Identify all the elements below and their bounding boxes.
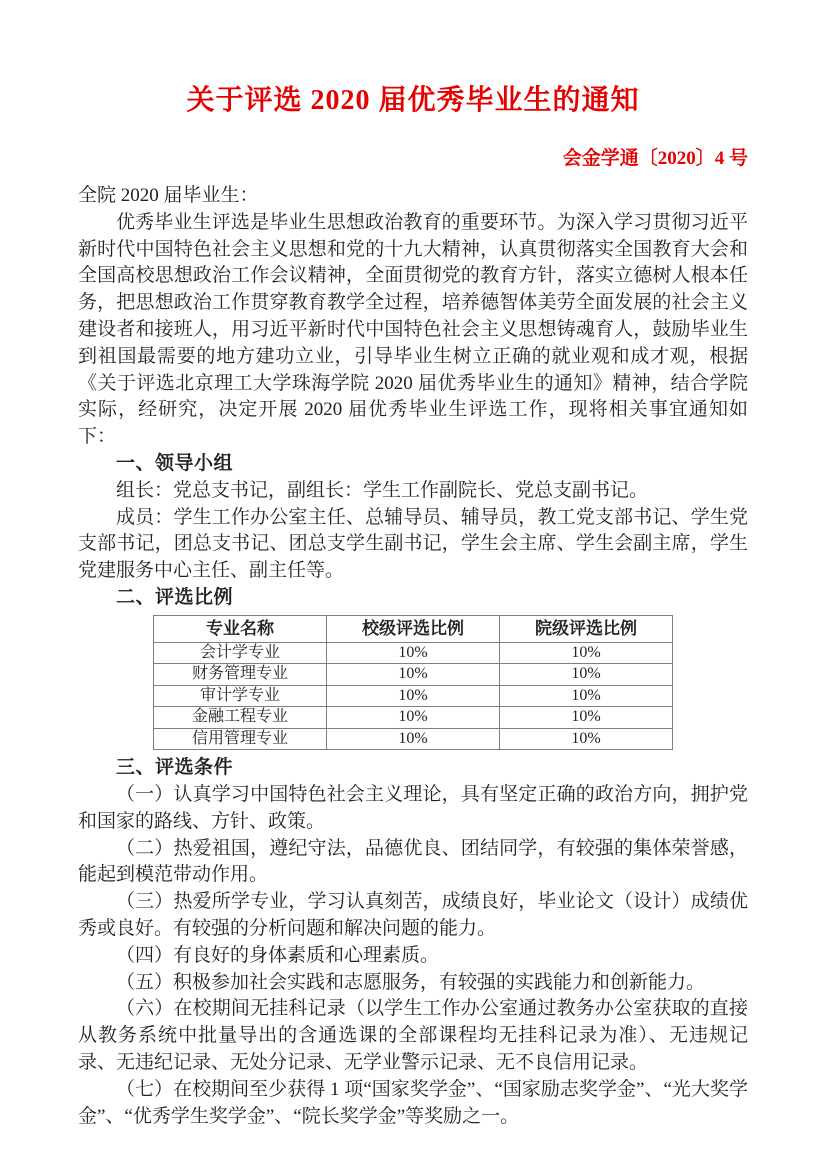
cell-school-ratio: 10% — [327, 664, 500, 686]
intro-paragraph: 优秀毕业生评选是毕业生思想政治教育的重要环节。为深入学习贯彻习近平新时代中国特色… — [78, 210, 748, 451]
document-number: 会金学通〔2020〕4 号 — [78, 147, 748, 171]
criteria-item-4: （四）有良好的身体素质和心理素质。 — [78, 943, 748, 970]
notice-document-page: 关于评选 2020 届优秀毕业生的通知 会金学通〔2020〕4 号 全院 202… — [0, 0, 827, 1169]
cell-college-ratio: 10% — [500, 664, 673, 686]
cell-college-ratio: 10% — [500, 642, 673, 664]
criteria-item-5: （五）积极参加社会实践和志愿服务，有较强的实践能力和创新能力。 — [78, 970, 748, 997]
criteria-item-1: （一）认真学习中国特色社会主义理论，具有坚定正确的政治方向，拥护党和国家的路线、… — [78, 782, 748, 836]
column-header-major-name: 专业名称 — [154, 615, 327, 642]
cell-school-ratio: 10% — [327, 685, 500, 707]
cell-major-name: 金融工程专业 — [154, 707, 327, 729]
table-row: 审计学专业 10% 10% — [154, 685, 673, 707]
table-row: 金融工程专业 10% 10% — [154, 707, 673, 729]
cell-school-ratio: 10% — [327, 707, 500, 729]
criteria-item-7: （七）在校期间至少获得 1 项“国家奖学金”、“国家励志奖学金”、“光大奖学金”… — [78, 1077, 748, 1131]
criteria-item-3: （三）热爱所学专业，学习认真刻苦，成绩良好，毕业论文（设计）成绩优秀或良好。有较… — [78, 889, 748, 943]
table-row: 财务管理专业 10% 10% — [154, 664, 673, 686]
cell-school-ratio: 10% — [327, 728, 500, 750]
document-title: 关于评选 2020 届优秀毕业生的通知 — [78, 85, 748, 117]
leading-group-members-paragraph: 成员：学生工作办公室主任、总辅导员、辅导员，教工党支部书记、学生党支部书记，团总… — [78, 505, 748, 585]
salutation: 全院 2020 届毕业生： — [78, 183, 748, 210]
cell-major-name: 审计学专业 — [154, 685, 327, 707]
cell-major-name: 信用管理专业 — [154, 728, 327, 750]
document-body: 全院 2020 届毕业生： 优秀毕业生评选是毕业生思想政治教育的重要环节。为深入… — [78, 183, 748, 1130]
criteria-item-6: （六）在校期间无挂科记录（以学生工作办公室通过教务办公室获取的直接从教务系统中批… — [78, 996, 748, 1076]
section-heading-selection-criteria: 三、评选条件 — [78, 755, 748, 782]
criteria-item-2: （二）热爱祖国，遵纪守法，品德优良、团结同学，有较强的集体荣誉感，能起到模范带动… — [78, 836, 748, 890]
column-header-school-level-ratio: 校级评选比例 — [327, 615, 500, 642]
table-row: 信用管理专业 10% 10% — [154, 728, 673, 750]
cell-college-ratio: 10% — [500, 685, 673, 707]
table-header-row: 专业名称 校级评选比例 院级评选比例 — [154, 615, 673, 642]
table-row: 会计学专业 10% 10% — [154, 642, 673, 664]
cell-college-ratio: 10% — [500, 707, 673, 729]
section-heading-selection-ratio: 二、评选比例 — [78, 585, 748, 612]
cell-major-name: 财务管理专业 — [154, 664, 327, 686]
section-heading-leading-group: 一、领导小组 — [78, 451, 748, 478]
cell-college-ratio: 10% — [500, 728, 673, 750]
selection-ratio-table: 专业名称 校级评选比例 院级评选比例 会计学专业 10% 10% 财务管理专业 … — [153, 615, 673, 751]
leading-group-leaders-paragraph: 组长：党总支书记，副组长：学生工作副院长、党总支副书记。 — [78, 478, 748, 505]
cell-major-name: 会计学专业 — [154, 642, 327, 664]
column-header-college-level-ratio: 院级评选比例 — [500, 615, 673, 642]
cell-school-ratio: 10% — [327, 642, 500, 664]
